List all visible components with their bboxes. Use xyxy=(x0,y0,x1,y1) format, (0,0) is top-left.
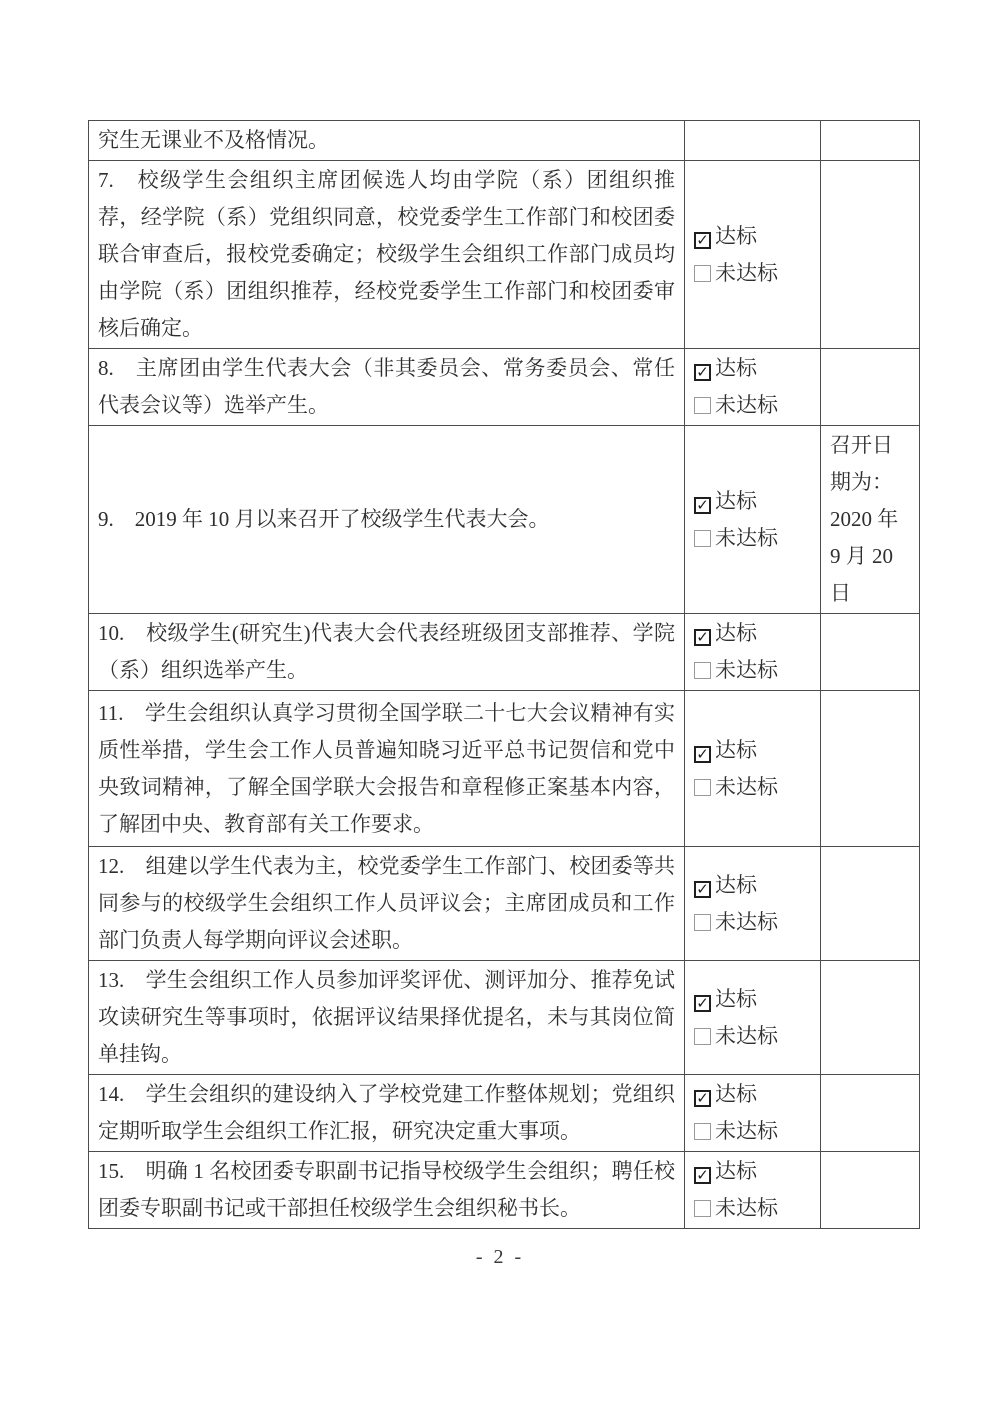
checked-checkbox-icon: ✓ xyxy=(694,881,711,898)
remark-cell xyxy=(821,614,920,691)
criterion-cell: 13. 学生会组织工作人员参加评奖评优、测评加分、推荐免试攻读研究生等事项时，依… xyxy=(89,961,685,1075)
met-option: ✓达标 xyxy=(694,483,811,520)
assessment-table: 究生无课业不及格情况。 7. 校级学生会组织主席团候选人均由学院（系）团组织推荐… xyxy=(88,120,920,1229)
met-label: 达标 xyxy=(715,489,757,513)
remark-cell xyxy=(821,121,920,161)
status-cell: ✓达标 未达标 xyxy=(685,847,821,961)
met-option: ✓达标 xyxy=(694,350,811,387)
met-option: ✓达标 xyxy=(694,1076,811,1113)
met-label: 达标 xyxy=(715,987,757,1011)
status-cell: ✓达标 未达标 xyxy=(685,349,821,426)
status-cell: ✓达标 未达标 xyxy=(685,161,821,349)
document-page: 究生无课业不及格情况。 7. 校级学生会组织主席团候选人均由学院（系）团组织推荐… xyxy=(0,0,1000,1414)
not-met-label: 未达标 xyxy=(715,775,778,799)
criterion-cell: 11. 学生会组织认真学习贯彻全国学联二十七大会议精神有实质性举措，学生会工作人… xyxy=(89,691,685,847)
met-label: 达标 xyxy=(715,1082,757,1106)
table-row: 15. 明确 1 名校团委专职副书记指导校级学生会组织；聘任校团委专职副书记或干… xyxy=(89,1152,920,1229)
checked-checkbox-icon: ✓ xyxy=(694,497,711,514)
table-row: 7. 校级学生会组织主席团候选人均由学院（系）团组织推荐，经学院（系）党组织同意… xyxy=(89,161,920,349)
criterion-cell: 究生无课业不及格情况。 xyxy=(89,121,685,161)
checked-checkbox-icon: ✓ xyxy=(694,746,711,763)
unchecked-checkbox-icon xyxy=(694,397,711,414)
remark-cell: 召开日期为：2020 年 9 月 20 日 xyxy=(821,426,920,614)
criterion-cell: 12. 组建以学生代表为主，校党委学生工作部门、校团委等共同参与的校级学生会组织… xyxy=(89,847,685,961)
checked-checkbox-icon: ✓ xyxy=(694,364,711,381)
not-met-option: 未达标 xyxy=(694,255,811,292)
met-option: ✓达标 xyxy=(694,732,811,769)
unchecked-checkbox-icon xyxy=(694,265,711,282)
checked-checkbox-icon: ✓ xyxy=(694,629,711,646)
remark-cell xyxy=(821,349,920,426)
met-option: ✓达标 xyxy=(694,981,811,1018)
unchecked-checkbox-icon xyxy=(694,779,711,796)
not-met-option: 未达标 xyxy=(694,520,811,557)
not-met-label: 未达标 xyxy=(715,261,778,285)
not-met-option: 未达标 xyxy=(694,1113,811,1150)
met-option: ✓达标 xyxy=(694,615,811,652)
remark-cell xyxy=(821,961,920,1075)
not-met-label: 未达标 xyxy=(715,1196,778,1220)
status-cell: ✓达标 未达标 xyxy=(685,614,821,691)
criterion-cell: 10. 校级学生(研究生)代表大会代表经班级团支部推荐、学院（系）组织选举产生。 xyxy=(89,614,685,691)
met-label: 达标 xyxy=(715,224,757,248)
remark-cell xyxy=(821,847,920,961)
criterion-cell: 7. 校级学生会组织主席团候选人均由学院（系）团组织推荐，经学院（系）党组织同意… xyxy=(89,161,685,349)
status-cell: ✓达标 未达标 xyxy=(685,1152,821,1229)
remark-cell xyxy=(821,691,920,847)
status-cell: ✓达标 未达标 xyxy=(685,691,821,847)
table-row: 究生无课业不及格情况。 xyxy=(89,121,920,161)
checked-checkbox-icon: ✓ xyxy=(694,232,711,249)
unchecked-checkbox-icon xyxy=(694,914,711,931)
unchecked-checkbox-icon xyxy=(694,1200,711,1217)
checked-checkbox-icon: ✓ xyxy=(694,1167,711,1184)
unchecked-checkbox-icon xyxy=(694,530,711,547)
status-cell: ✓达标 未达标 xyxy=(685,426,821,614)
not-met-label: 未达标 xyxy=(715,1024,778,1048)
table-row: 12. 组建以学生代表为主，校党委学生工作部门、校团委等共同参与的校级学生会组织… xyxy=(89,847,920,961)
unchecked-checkbox-icon xyxy=(694,1028,711,1045)
not-met-label: 未达标 xyxy=(715,393,778,417)
criterion-cell: 8. 主席团由学生代表大会（非其委员会、常务委员会、常任代表会议等）选举产生。 xyxy=(89,349,685,426)
met-label: 达标 xyxy=(715,1159,757,1183)
checked-checkbox-icon: ✓ xyxy=(694,1090,711,1107)
status-cell: ✓达标 未达标 xyxy=(685,961,821,1075)
page-number: - 2 - xyxy=(0,1246,1000,1269)
table-row: 10. 校级学生(研究生)代表大会代表经班级团支部推荐、学院（系）组织选举产生。… xyxy=(89,614,920,691)
table-row: 9. 2019 年 10 月以来召开了校级学生代表大会。 ✓达标 未达标 召开日… xyxy=(89,426,920,614)
met-label: 达标 xyxy=(715,621,757,645)
criterion-cell: 15. 明确 1 名校团委专职副书记指导校级学生会组织；聘任校团委专职副书记或干… xyxy=(89,1152,685,1229)
not-met-label: 未达标 xyxy=(715,526,778,550)
met-label: 达标 xyxy=(715,873,757,897)
met-option: ✓达标 xyxy=(694,867,811,904)
met-label: 达标 xyxy=(715,738,757,762)
not-met-option: 未达标 xyxy=(694,769,811,806)
not-met-option: 未达标 xyxy=(694,1018,811,1055)
unchecked-checkbox-icon xyxy=(694,1123,711,1140)
not-met-option: 未达标 xyxy=(694,652,811,689)
not-met-label: 未达标 xyxy=(715,1119,778,1143)
remark-cell xyxy=(821,161,920,349)
table-row: 14. 学生会组织的建设纳入了学校党建工作整体规划；党组织定期听取学生会组织工作… xyxy=(89,1075,920,1152)
remark-cell xyxy=(821,1075,920,1152)
not-met-label: 未达标 xyxy=(715,910,778,934)
checked-checkbox-icon: ✓ xyxy=(694,995,711,1012)
table-row: 11. 学生会组织认真学习贯彻全国学联二十七大会议精神有实质性举措，学生会工作人… xyxy=(89,691,920,847)
met-option: ✓达标 xyxy=(694,1153,811,1190)
criterion-cell: 9. 2019 年 10 月以来召开了校级学生代表大会。 xyxy=(89,426,685,614)
not-met-option: 未达标 xyxy=(694,1190,811,1227)
unchecked-checkbox-icon xyxy=(694,662,711,679)
status-cell: ✓达标 未达标 xyxy=(685,1075,821,1152)
met-option: ✓达标 xyxy=(694,218,811,255)
met-label: 达标 xyxy=(715,356,757,380)
table-row: 13. 学生会组织工作人员参加评奖评优、测评加分、推荐免试攻读研究生等事项时，依… xyxy=(89,961,920,1075)
status-cell xyxy=(685,121,821,161)
remark-cell xyxy=(821,1152,920,1229)
not-met-option: 未达标 xyxy=(694,904,811,941)
criterion-cell: 14. 学生会组织的建设纳入了学校党建工作整体规划；党组织定期听取学生会组织工作… xyxy=(89,1075,685,1152)
not-met-option: 未达标 xyxy=(694,387,811,424)
not-met-label: 未达标 xyxy=(715,658,778,682)
table-row: 8. 主席团由学生代表大会（非其委员会、常务委员会、常任代表会议等）选举产生。 … xyxy=(89,349,920,426)
